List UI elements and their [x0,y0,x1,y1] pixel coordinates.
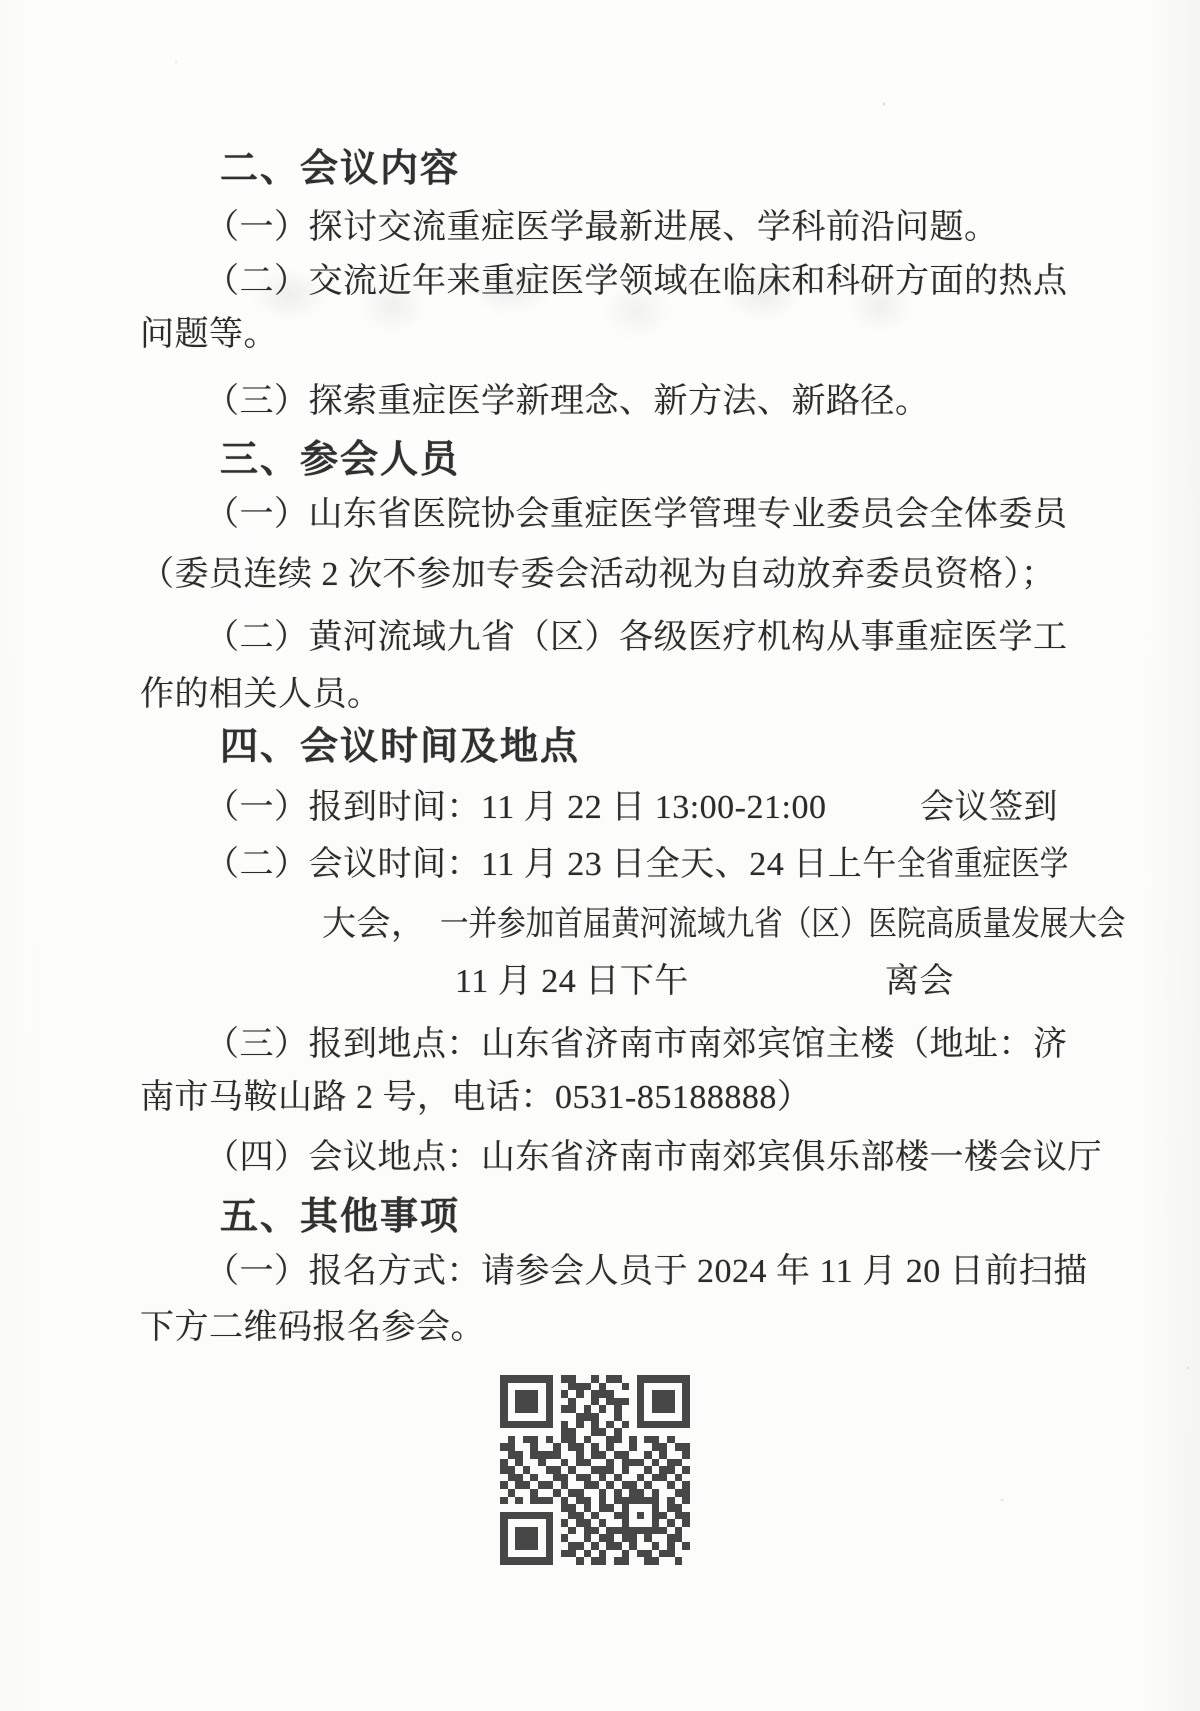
departure-note: 离会 [885,960,954,1004]
departure-date-text: 11 月 24 日下午 [455,963,689,1000]
checkin-note: 会议签到 [920,786,1058,830]
registration-time-text: （一）报到时间：11 月 22 日 13:00-21:00 [205,789,826,826]
registration-qr-code [500,1375,690,1565]
content-item-3: （三）探索重症医学新理念、新方法、新路径。 [205,380,930,424]
meeting-time-line: （二）会议时间：11 月 23 日全天、24 日上午 全省重症医学 [205,843,897,887]
meeting-time-cont-text: 大会， [322,906,426,943]
section-heading-participants: 三、参会人员 [220,436,460,485]
registration-method-line: （一）报名方式：请参会人员于 2024 年 11 月 20 日前扫描 [205,1250,1088,1294]
document-page: 二、会议内容 （一）探讨交流重症医学最新进展、学科前沿问题。 （二）交流近年来重… [0,0,1200,1711]
content-item-2-cont: 问题等。 [140,313,278,357]
departure-time-line: 11 月 24 日下午 离会 [455,960,689,1004]
meeting-time-annotation: 全省重症医学 [897,843,1068,887]
section-heading-time-location: 四、会议时间及地点 [220,723,580,772]
joint-conference-annotation: 一并参加首届黄河流域九省（区）医院高质量发展大会 [440,903,1125,947]
participants-item-1: （一）山东省医院协会重症医学管理专业委员会全体委员 [205,493,1068,537]
content-item-1: （一）探讨交流重症医学最新进展、学科前沿问题。 [205,206,999,250]
registration-time-line: （一）报到时间：11 月 22 日 13:00-21:00 会议签到 [205,786,826,830]
meeting-time-text: （二）会议时间：11 月 23 日全天、24 日上午 [205,846,897,883]
checkin-location-cont: 南市马鞍山路 2 号，电话：0531-85188888） [140,1076,811,1120]
participants-item-1-note: （委员连续 2 次不参加专委会活动视为自动放弃委员资格）； [140,553,1056,597]
section-heading-meeting-content: 二、会议内容 [220,145,460,194]
meeting-time-line-cont: 大会，一并参加首届黄河流域九省（区）医院高质量发展大会 [322,903,1200,947]
content-item-2: （二）交流近年来重症医学领域在临床和科研方面的热点 [205,260,1068,304]
participants-item-2: （二）黄河流域九省（区）各级医疗机构从事重症医学工 [205,616,1068,660]
meeting-location-line: （四）会议地点：山东省济南市南郊宾俱乐部楼一楼会议厅 [205,1136,1102,1180]
registration-method-cont: 下方二维码报名参会。 [140,1306,485,1350]
checkin-location-line: （三）报到地点：山东省济南市南郊宾馆主楼（地址：济 [205,1023,1068,1067]
section-heading-other-items: 五、其他事项 [220,1193,460,1242]
participants-item-2-cont: 作的相关人员。 [140,673,382,717]
